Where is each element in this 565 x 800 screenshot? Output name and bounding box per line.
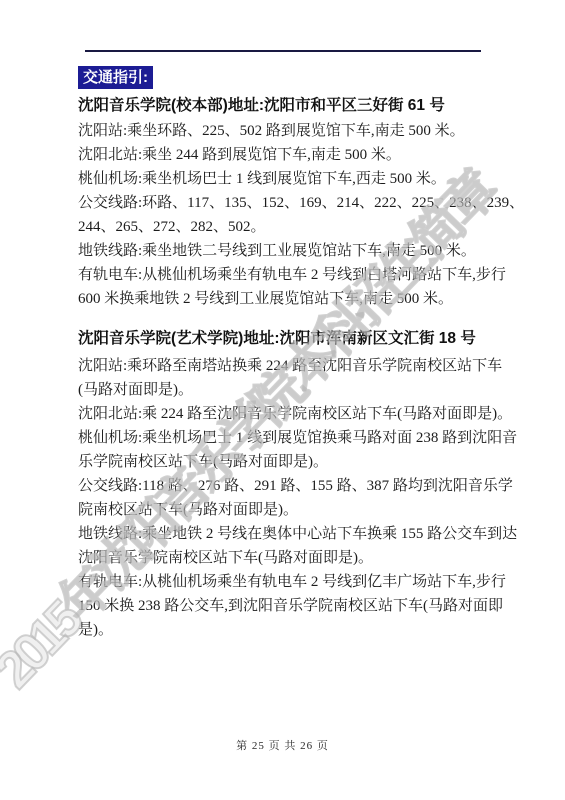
page-number: 第 25 页 共 26 页 [0, 737, 565, 753]
campus-main-directions: 沈阳站:乘坐环路、225、502 路到展览馆下车,南走 500 米。 沈阳北站:… [78, 119, 498, 311]
text-line: 院南校区站下车(马路对面即是)。 [78, 498, 498, 522]
text-line: 地铁线路:乘坐地铁二号线到工业展览馆站下车,南走 500 米。 [78, 239, 498, 263]
text-line: 150 米换 238 路公交车,到沈阳音乐学院南校区站下车(马路对面即 [78, 594, 498, 618]
text-line: 有轨电车:从桃仙机场乘坐有轨电车 2 号线到白塔河路站下车,步行 [78, 263, 498, 287]
traffic-guide-label: 交通指引: [78, 66, 153, 89]
text-line: 600 米换乘地铁 2 号线到工业展览馆站下车,南走 500 米。 [78, 287, 498, 311]
text-line: 沈阳站:乘坐环路、225、502 路到展览馆下车,南走 500 米。 [78, 119, 498, 143]
text-line: 沈阳站:乘环路至南塔站换乘 224 路至沈阳音乐学院南校区站下车 [78, 354, 498, 378]
campus-main-address-heading: 沈阳音乐学院(校本部)地址:沈阳市和平区三好街 61 号 [78, 95, 498, 116]
text-line: 桃仙机场:乘坐机场巴士 1 线到展览馆换乘马路对面 238 路到沈阳音 [78, 426, 498, 450]
header-rule [85, 50, 481, 52]
text-line: 沈阳音乐学院南校区站下车(马路对面即是)。 [78, 546, 498, 570]
campus-art-address-heading: 沈阳音乐学院(艺术学院)地址:沈阳市浑南新区文汇街 18 号 [78, 328, 498, 349]
text-line: 沈阳北站:乘 224 路至沈阳音乐学院南校区站下车(马路对面即是)。 [78, 402, 498, 426]
text-line: 是)。 [78, 618, 498, 642]
document-page: 交通指引: 沈阳音乐学院(校本部)地址:沈阳市和平区三好街 61 号 沈阳站:乘… [0, 0, 565, 800]
text-line: 乐学院南校区站下车(马路对面即是)。 [78, 450, 498, 474]
text-line: (马路对面即是)。 [78, 378, 498, 402]
text-line: 地铁线路:乘坐地铁 2 号线在奥体中心站下车换乘 155 路公交车到达 [78, 522, 498, 546]
text-line: 244、265、272、282、502。 [78, 215, 498, 239]
text-line: 公交线路:118 路、276 路、291 路、155 路、387 路均到沈阳音乐… [78, 474, 498, 498]
text-line: 沈阳北站:乘坐 244 路到展览馆下车,南走 500 米。 [78, 143, 498, 167]
text-line: 有轨电车:从桃仙机场乘坐有轨电车 2 号线到亿丰广场站下车,步行 [78, 570, 498, 594]
text-line: 公交线路:环路、117、135、152、169、214、222、225、238、… [78, 191, 498, 215]
text-line: 桃仙机场:乘坐机场巴士 1 线到展览馆下车,西走 500 米。 [78, 167, 498, 191]
campus-art-directions: 沈阳站:乘环路至南塔站换乘 224 路至沈阳音乐学院南校区站下车 (马路对面即是… [78, 354, 498, 642]
